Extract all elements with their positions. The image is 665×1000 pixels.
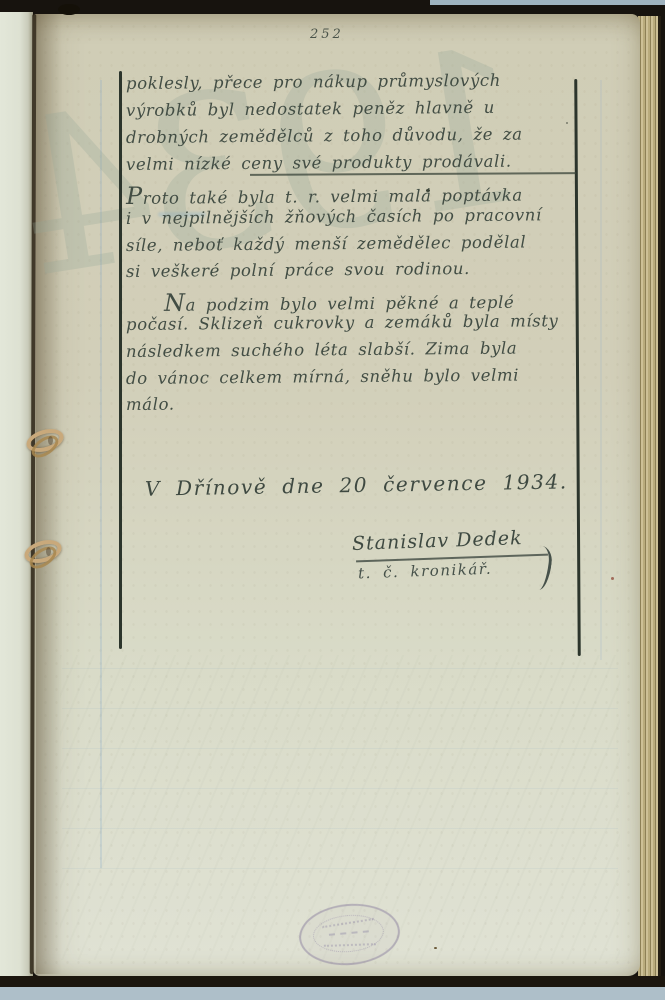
blue-ruling-horizontal [62, 668, 618, 669]
blue-ruling-horizontal [62, 788, 618, 789]
handwriting-line: počasí. Sklizeň cukrovky a zemáků byla m… [126, 311, 582, 335]
table-surface-strip [430, 0, 665, 5]
gutter-shadow [36, 14, 62, 974]
blue-ruling-vertical-right [600, 80, 602, 660]
paper-speck [611, 577, 614, 580]
cover-edge-blob [58, 4, 80, 15]
ink-speck [566, 122, 568, 124]
handwriting-line: poklesly, přece pro nákup průmyslových [126, 70, 582, 94]
handwriting-line: si veškeré polní práce svou rodinou. [126, 258, 582, 282]
blue-ruling-horizontal [62, 748, 618, 749]
facing-page-sliver [0, 12, 33, 978]
handwriting-line: drobných zemědělců z toho důvodu, že za [126, 124, 582, 148]
handwriting-line: málo. [126, 391, 582, 415]
margin-rule-left [119, 71, 122, 649]
binding-hole [46, 547, 51, 556]
handwriting-line: do vánoc celkem mírná, sněhu bylo velmi [126, 365, 582, 389]
blue-ruling-horizontal [62, 708, 618, 709]
photographed-chronicle-page: 1934 252 poklesly, přece pro nákup průmy… [0, 0, 665, 1000]
table-surface-bottom [0, 987, 665, 1000]
page-number: 252 [310, 27, 344, 42]
page-edge-stack [638, 16, 661, 978]
handwriting-line: následkem suchého léta slabší. Zima byla [126, 338, 582, 362]
binding-hole [48, 436, 53, 445]
paper-speck [434, 947, 437, 949]
blue-ruling-horizontal [62, 868, 618, 869]
handwriting-line: velmi nízké ceny své produkty prodávali. [126, 151, 582, 175]
ink-speck [426, 189, 430, 192]
blue-ruling-vertical-left [100, 80, 102, 868]
handwriting-line: výrobků byl nedostatek peněz hlavně u [126, 97, 582, 121]
handwriting-line: i v nejpilnějších žňových časích po prac… [126, 205, 582, 229]
blue-ruling-horizontal [62, 828, 618, 829]
handwriting-line: síle, neboť každý menší zemědělec poděla… [126, 232, 582, 256]
